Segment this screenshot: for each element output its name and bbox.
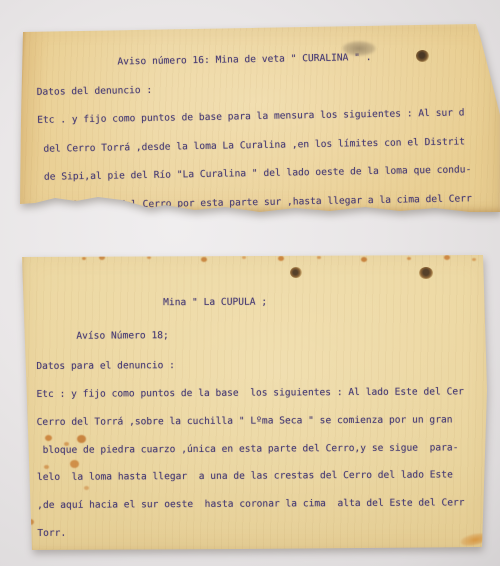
line-segment: Cerro donde se divisa un gran bloque de … bbox=[33, 222, 409, 240]
paper-hole bbox=[290, 267, 302, 278]
card1-title: Aviso número 16: Mina de veta " CURALINA… bbox=[30, 51, 469, 68]
typewritten-line: ce a la cima del Cerro por esta parte su… bbox=[33, 194, 472, 211]
ink-smudge bbox=[342, 41, 376, 56]
overstruck-word: dirección bbox=[409, 222, 461, 234]
typewritten-line: lelo la loma hasta llegar a una de las c… bbox=[31, 471, 464, 483]
document-card-aviso-16: Aviso número 16: Mina de veta " CURALINA… bbox=[18, 20, 500, 216]
typewritten-line: ,de aquí hacia el sur oeste hasta corona… bbox=[31, 499, 464, 511]
rust-specks-top-edge bbox=[16, 248, 20, 251]
card2-subtitle: Avíso Número 18; bbox=[30, 329, 463, 341]
typewritten-text-block-2: Mina " La CUPULA ; Avíso Número 18; Dato… bbox=[30, 277, 465, 557]
paper-hole bbox=[416, 50, 429, 62]
photo-backdrop: Aviso número 16: Mina de veta " CURALINA… bbox=[0, 0, 500, 566]
typewritten-line: del Cerro Torrá ,desde la loma La Curali… bbox=[32, 137, 471, 154]
typewritten-line: Torr. bbox=[32, 527, 465, 539]
document-card-aviso-18: Mina " La CUPULA ; Avíso Número 18; Dato… bbox=[16, 248, 494, 556]
typewritten-line: Datos del denuncio : bbox=[31, 80, 470, 97]
typewritten-line: de Sipi,al pie del Río "La Curalina " de… bbox=[32, 165, 471, 182]
typewritten-line: bloque de piedra cuarzo ,única en esta p… bbox=[31, 443, 464, 455]
typewritten-line: Etc : y fijo como puntos de la base los … bbox=[31, 387, 464, 399]
typewritten-line: Etc . y fijo como puntos de base para la… bbox=[31, 108, 470, 125]
typewritten-line-overstruck: Cerro donde se divisa un gran bloque de … bbox=[33, 222, 472, 239]
paper-card-1: Aviso número 16: Mina de veta " CURALINA… bbox=[18, 20, 500, 216]
card2-title: Mina " La CUPULA ; bbox=[30, 296, 463, 308]
paper-hole bbox=[419, 267, 433, 279]
typewritten-line: Cerro del Torrá ,sobre la cuchilla " Lºm… bbox=[31, 415, 464, 427]
typewritten-line: Datos para el denuncio : bbox=[31, 359, 464, 371]
paper-card-2: Mina " La CUPULA ; Avíso Número 18; Dato… bbox=[16, 248, 494, 556]
rust-stains-left bbox=[16, 248, 21, 252]
